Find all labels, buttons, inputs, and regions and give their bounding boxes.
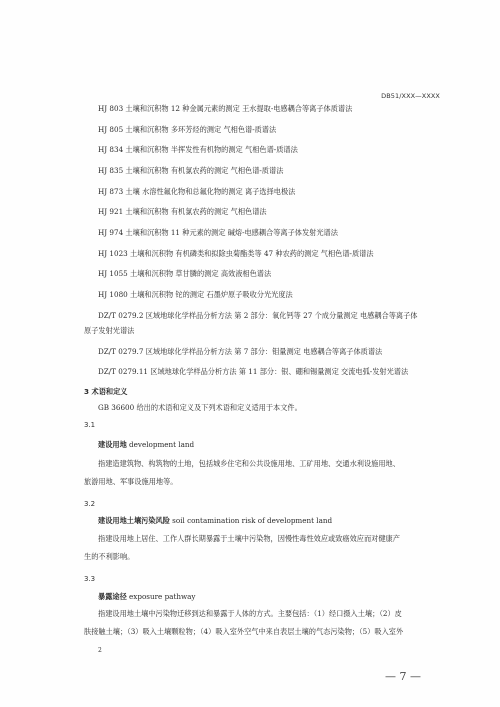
clause-number: 3.3 — [84, 574, 95, 584]
reference-item: HJ 1055 土壤和沉积物 草甘膦的测定 高效液相色谱法 — [98, 269, 271, 279]
document-page: DB51/XXX—XXXX HJ 803 土壤和沉积物 12 种金属元素的测定 … — [0, 0, 500, 707]
term-title: 建设用地 development land — [98, 440, 194, 450]
reference-item: HJ 921 土壤和沉积物 有机氯农药的测定 气相色谱法 — [98, 207, 267, 217]
term-en: soil contamination risk of development l… — [170, 516, 332, 525]
term-definition: 指建设用地土壤中污染物迁移到达和暴露于人体的方式。主要包括：（1）经口摄入土壤；… — [98, 609, 402, 619]
term-definition: 指建造建筑物、构筑物的土地，包括城乡住宅和公共设施用地、工矿用地、交通水利设施用… — [98, 459, 400, 469]
term-definition-continuation: 旅游用地、军事设施用地等。 — [84, 477, 177, 487]
reference-item: HJ 834 土壤和沉积物 半挥发性有机物的测定 气相色谱-质谱法 — [98, 145, 298, 155]
term-definition: 指建设用地上居住、工作人群长期暴露于土壤中污染物，因慢性毒性效应或致癌效应而对健… — [98, 534, 400, 544]
reference-item: HJ 803 土壤和沉积物 12 种金属元素的测定 王水提取-电感耦合等离子体质… — [98, 104, 352, 114]
reference-item: HJ 835 土壤和沉积物 有机氯农药的测定 气相色谱-质谱法 — [98, 166, 283, 176]
clause-number: 3.1 — [84, 420, 95, 430]
page-number: — 7 — — [385, 670, 421, 683]
document-id: DB51/XXX—XXXX — [381, 92, 440, 100]
term-en: development land — [127, 440, 194, 449]
term-title: 暴露途径 exposure pathway — [98, 592, 195, 602]
term-zh: 建设用地土壤污染风险 — [98, 516, 170, 525]
reference-item: DZ/T 0279.7 区域地球化学样品分析方法 第 7 部分：钼量测定 电感耦… — [98, 347, 382, 357]
reference-item: HJ 805 土壤和沉积物 多环芳烃的测定 气相色谱-质谱法 — [98, 125, 276, 135]
term-title: 建设用地土壤污染风险 soil contamination risk of de… — [98, 516, 332, 526]
term-zh: 建设用地 — [98, 440, 127, 449]
term-zh: 暴露途径 — [98, 592, 127, 601]
term-definition-continuation: 生的不利影响。 — [84, 552, 134, 562]
term-definition-continuation: 肤接触土壤；（3）吸入土壤颗粒物；（4）吸入室外空气中来自表层土壤的气态污染物；… — [84, 627, 403, 637]
clause-number: 3.2 — [84, 499, 95, 509]
reference-item: HJ 974 土壤和沉积物 11 种元素的测定 碱熔-电感耦合等离子体发射光谱法 — [98, 228, 338, 238]
reference-item: HJ 1080 土壤和沉积物 铊的测定 石墨炉原子吸收分光光度法 — [98, 290, 293, 300]
reference-item: DZ/T 0279.2 区域地球化学样品分析方法 第 2 部分：氧化钙等 27 … — [98, 311, 418, 321]
reference-item: HJ 873 土壤 水溶性氟化物和总氟化物的测定 离子选择电极法 — [98, 187, 295, 197]
reference-item-continuation: 原子发射光谱法 — [84, 326, 134, 336]
reference-item: DZ/T 0279.11 区域地球化学样品分析方法 第 11 部分：银、硼和锡量… — [98, 367, 408, 377]
section-intro: GB 36600 给出的术语和定义及下列术语和定义适用于本文件。 — [98, 403, 302, 413]
reference-item: HJ 1023 土壤和沉积物 有机磷类和拟除虫菊酯类等 47 种农药的测定 气相… — [98, 249, 374, 259]
term-en: exposure pathway — [127, 592, 196, 601]
section-heading: 3 术语和定义 — [84, 387, 127, 397]
footnote-number: 2 — [98, 647, 102, 654]
